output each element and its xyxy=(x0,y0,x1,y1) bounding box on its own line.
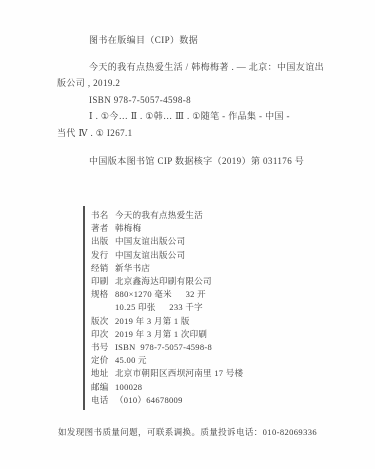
row-label: 电话 xyxy=(91,394,115,407)
row-value: 10.25 印张 233 千字 xyxy=(115,301,203,314)
cip-entry-line2: 版公司 , 2019.2 xyxy=(57,75,335,92)
cip-record-number: 中国版本图书馆 CIP 数据核字（2019）第 031176 号 xyxy=(57,153,335,170)
cip-isbn: ISBN 978-7-5057-4598-8 xyxy=(57,92,335,109)
row-value: 45.00 元 xyxy=(115,354,147,367)
row-value: 北京市朝阳区西坝河南里 17 号楼 xyxy=(115,367,243,380)
row-value: （010）64678009 xyxy=(115,394,183,407)
colophon-row-publisher: 出版 中国友谊出版公司 xyxy=(91,235,243,248)
colophon-row-distributor: 发行 中国友谊出版公司 xyxy=(91,249,243,262)
cip-section: 图书在版编目（CIP）数据 今天的我有点热爱生活 / 韩梅梅著 . — 北京：中… xyxy=(57,32,335,170)
row-value: 北京鑫海达印刷有限公司 xyxy=(115,275,212,288)
row-label: 邮编 xyxy=(91,381,115,394)
row-label: 规格 xyxy=(91,288,115,301)
row-label: 地址 xyxy=(91,367,115,380)
row-label: 版次 xyxy=(91,315,115,328)
row-value: ISBN 978-7-5057-4598-8 xyxy=(115,341,212,354)
row-value: 新华书店 xyxy=(115,262,150,275)
colophon-row-isbn: 书号 ISBN 978-7-5057-4598-8 xyxy=(91,341,243,354)
colophon-row-phone: 电话 （010）64678009 xyxy=(91,394,243,407)
row-label: 印刷 xyxy=(91,275,115,288)
row-value: 2019 年 3 月第 1 版 xyxy=(115,315,190,328)
row-label: 出版 xyxy=(91,235,115,248)
colophon-row-format: 规格 880×1270 毫米 32 开 xyxy=(91,288,243,301)
colophon-row-retailer: 经销 新华书店 xyxy=(91,262,243,275)
colophon-row-printer: 印刷 北京鑫海达印刷有限公司 xyxy=(91,275,243,288)
cip-classification-line2: 当代 Ⅳ . ① I267.1 xyxy=(57,125,335,142)
row-value: 韩梅梅 xyxy=(115,222,141,235)
row-label: 经销 xyxy=(91,262,115,275)
colophon-row-author: 著者 韩梅梅 xyxy=(91,222,243,235)
row-label: 发行 xyxy=(91,249,115,262)
cip-classification-line1: Ⅰ . ①今… Ⅱ . ①韩… Ⅲ . ①随笔 - 作品集 - 中国 - xyxy=(57,108,335,125)
colophon-row-price: 定价 45.00 元 xyxy=(91,354,243,367)
row-value: 中国友谊出版公司 xyxy=(115,235,185,248)
colophon-table: 书名 今天的我有点热爱生活 著者 韩梅梅 出版 中国友谊出版公司 发行 中国友谊… xyxy=(83,206,243,410)
row-label: 定价 xyxy=(91,354,115,367)
cip-entry-line1: 今天的我有点热爱生活 / 韩梅梅著 . — 北京：中国友谊出 xyxy=(57,59,335,76)
row-label: 书号 xyxy=(91,341,115,354)
row-value: 880×1270 毫米 32 开 xyxy=(115,288,206,301)
row-label: 印次 xyxy=(91,328,115,341)
row-value: 100028 xyxy=(115,381,142,394)
colophon-row-postcode: 邮编 100028 xyxy=(91,381,243,394)
book-copyright-page: 图书在版编目（CIP）数据 今天的我有点热爱生活 / 韩梅梅著 . — 北京：中… xyxy=(0,0,375,469)
row-value: 2019 年 3 月第 1 次印刷 xyxy=(115,328,207,341)
colophon-row-book-title: 书名 今天的我有点热爱生活 xyxy=(91,209,243,222)
row-label-empty xyxy=(91,301,115,314)
colophon-row-address: 地址 北京市朝阳区西坝河南里 17 号楼 xyxy=(91,367,243,380)
colophon-row-format-line2: 10.25 印张 233 千字 xyxy=(91,301,243,314)
cip-title: 图书在版编目（CIP）数据 xyxy=(57,32,335,49)
row-value: 中国友谊出版公司 xyxy=(115,249,185,262)
row-label: 书名 xyxy=(91,209,115,222)
colophon-row-edition: 版次 2019 年 3 月第 1 版 xyxy=(91,315,243,328)
colophon-row-impression: 印次 2019 年 3 月第 1 次印刷 xyxy=(91,328,243,341)
quality-complaint-note: 如发现图书质量问题，可联系调换。质量投诉电话：010-82069336 xyxy=(0,426,375,438)
row-label: 著者 xyxy=(91,222,115,235)
row-value: 今天的我有点热爱生活 xyxy=(115,209,203,222)
